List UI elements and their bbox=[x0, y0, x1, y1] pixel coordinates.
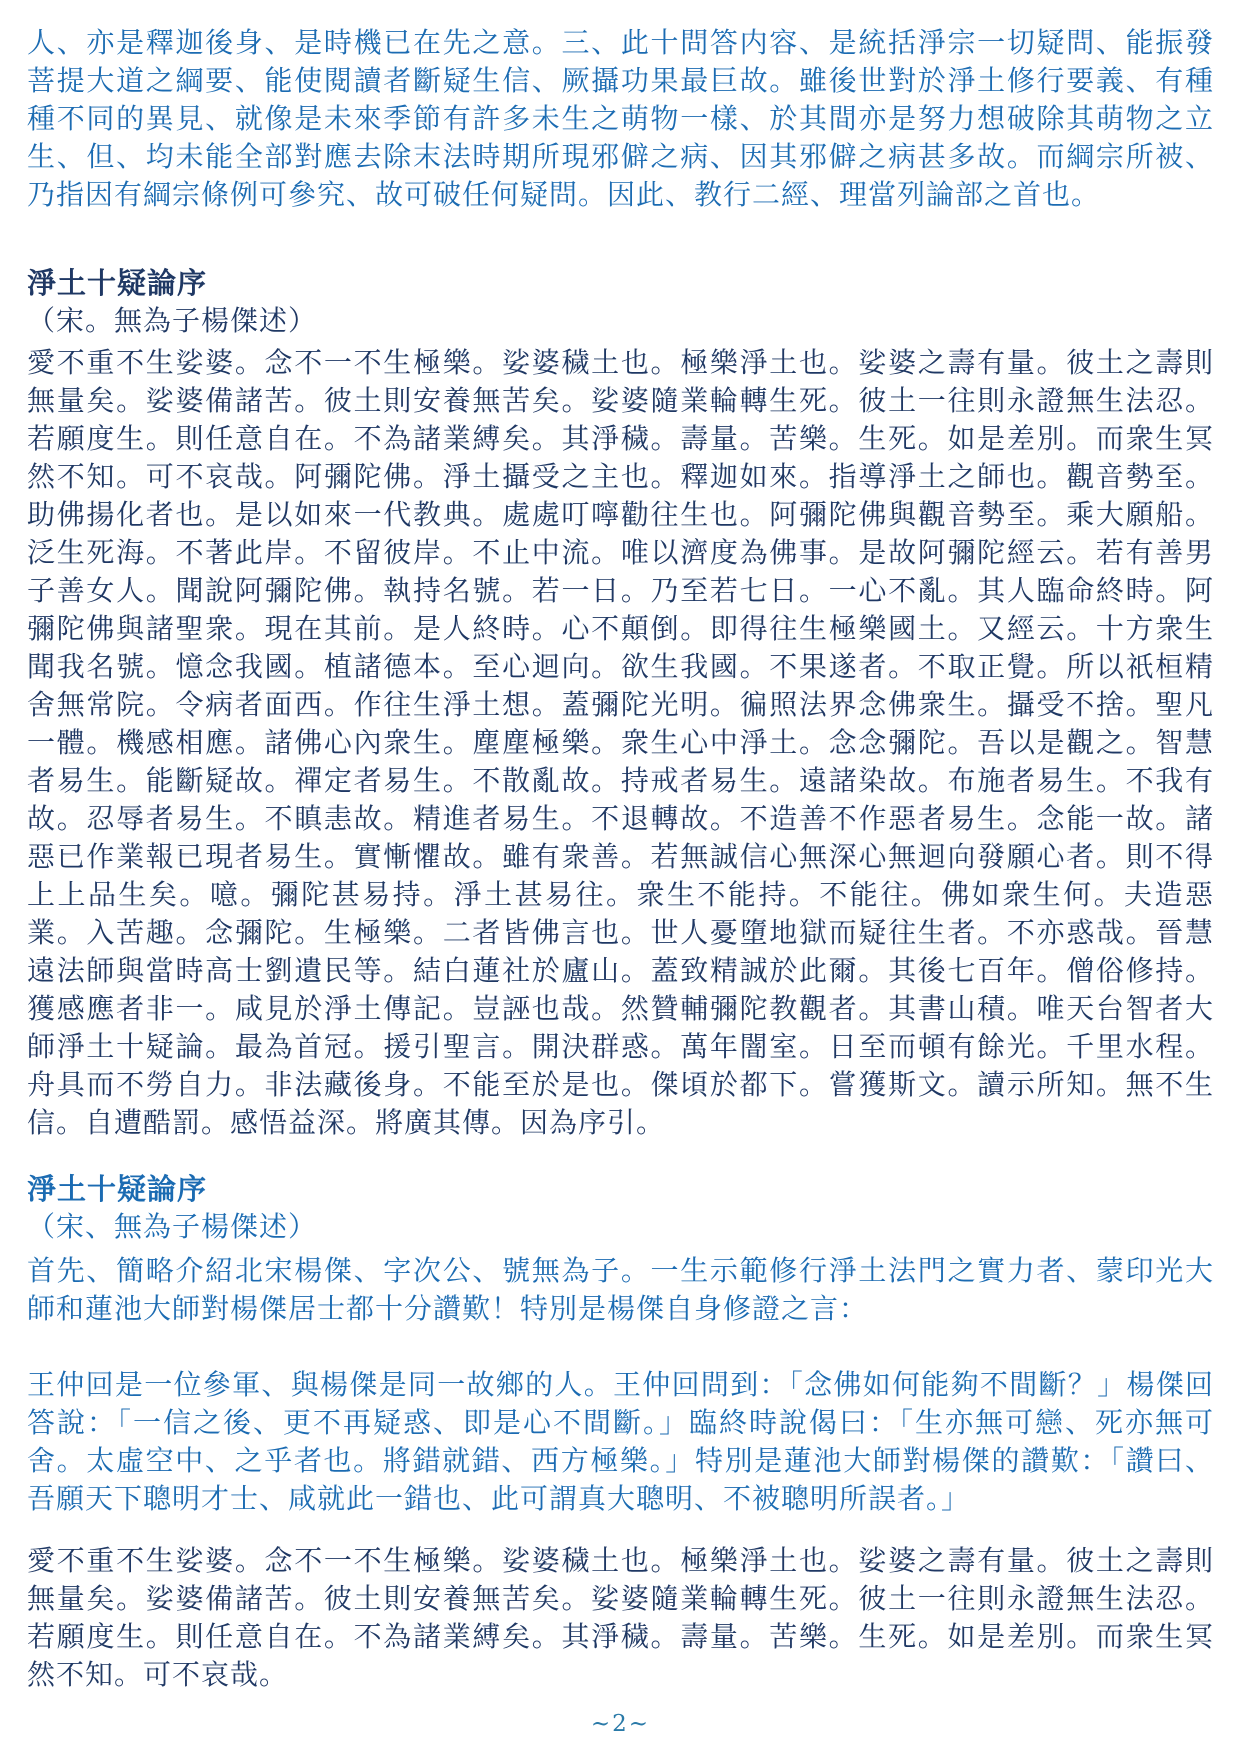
intro-paragraph: 人、亦是釋迦後身、是時機已在先之意。三、此十問答内容、是統括淨宗一切疑問、能振發… bbox=[27, 24, 1214, 214]
section2-paragraph-story: 王仲回是一位參軍、與楊傑是同一故鄉的人。王仲回問到：「念佛如何能夠不間斷？」楊傑… bbox=[27, 1366, 1214, 1518]
section1-body-paragraph: 愛不重不生娑婆。念不一不生極樂。娑婆穢土也。極樂淨土也。娑婆之壽有量。彼土之壽則… bbox=[27, 344, 1214, 1142]
document-page: 人、亦是釋迦後身、是時機已在先之意。三、此十問答内容、是統括淨宗一切疑問、能振發… bbox=[0, 0, 1241, 1755]
page-content: 人、亦是釋迦後身、是時機已在先之意。三、此十問答内容、是統括淨宗一切疑問、能振發… bbox=[0, 0, 1241, 1694]
section2-paragraph-quote: 愛不重不生娑婆。念不一不生極樂。娑婆穢土也。極樂淨土也。娑婆之壽有量。彼土之壽則… bbox=[27, 1542, 1214, 1694]
section1-byline: （宋。無為子楊傑述） bbox=[27, 302, 1214, 340]
page-number: ~2~ bbox=[0, 1711, 1241, 1737]
section1-heading: 淨土十疑論序 bbox=[27, 264, 1214, 302]
section2-paragraph-intro: 首先、簡略介紹北宋楊傑、字次公、號無為子。一生示範修行淨土法門之實力者、蒙印光大… bbox=[27, 1252, 1214, 1328]
section2-heading: 淨土十疑論序 bbox=[27, 1170, 1214, 1208]
section2-byline: （宋、無為子楊傑述） bbox=[27, 1208, 1214, 1246]
